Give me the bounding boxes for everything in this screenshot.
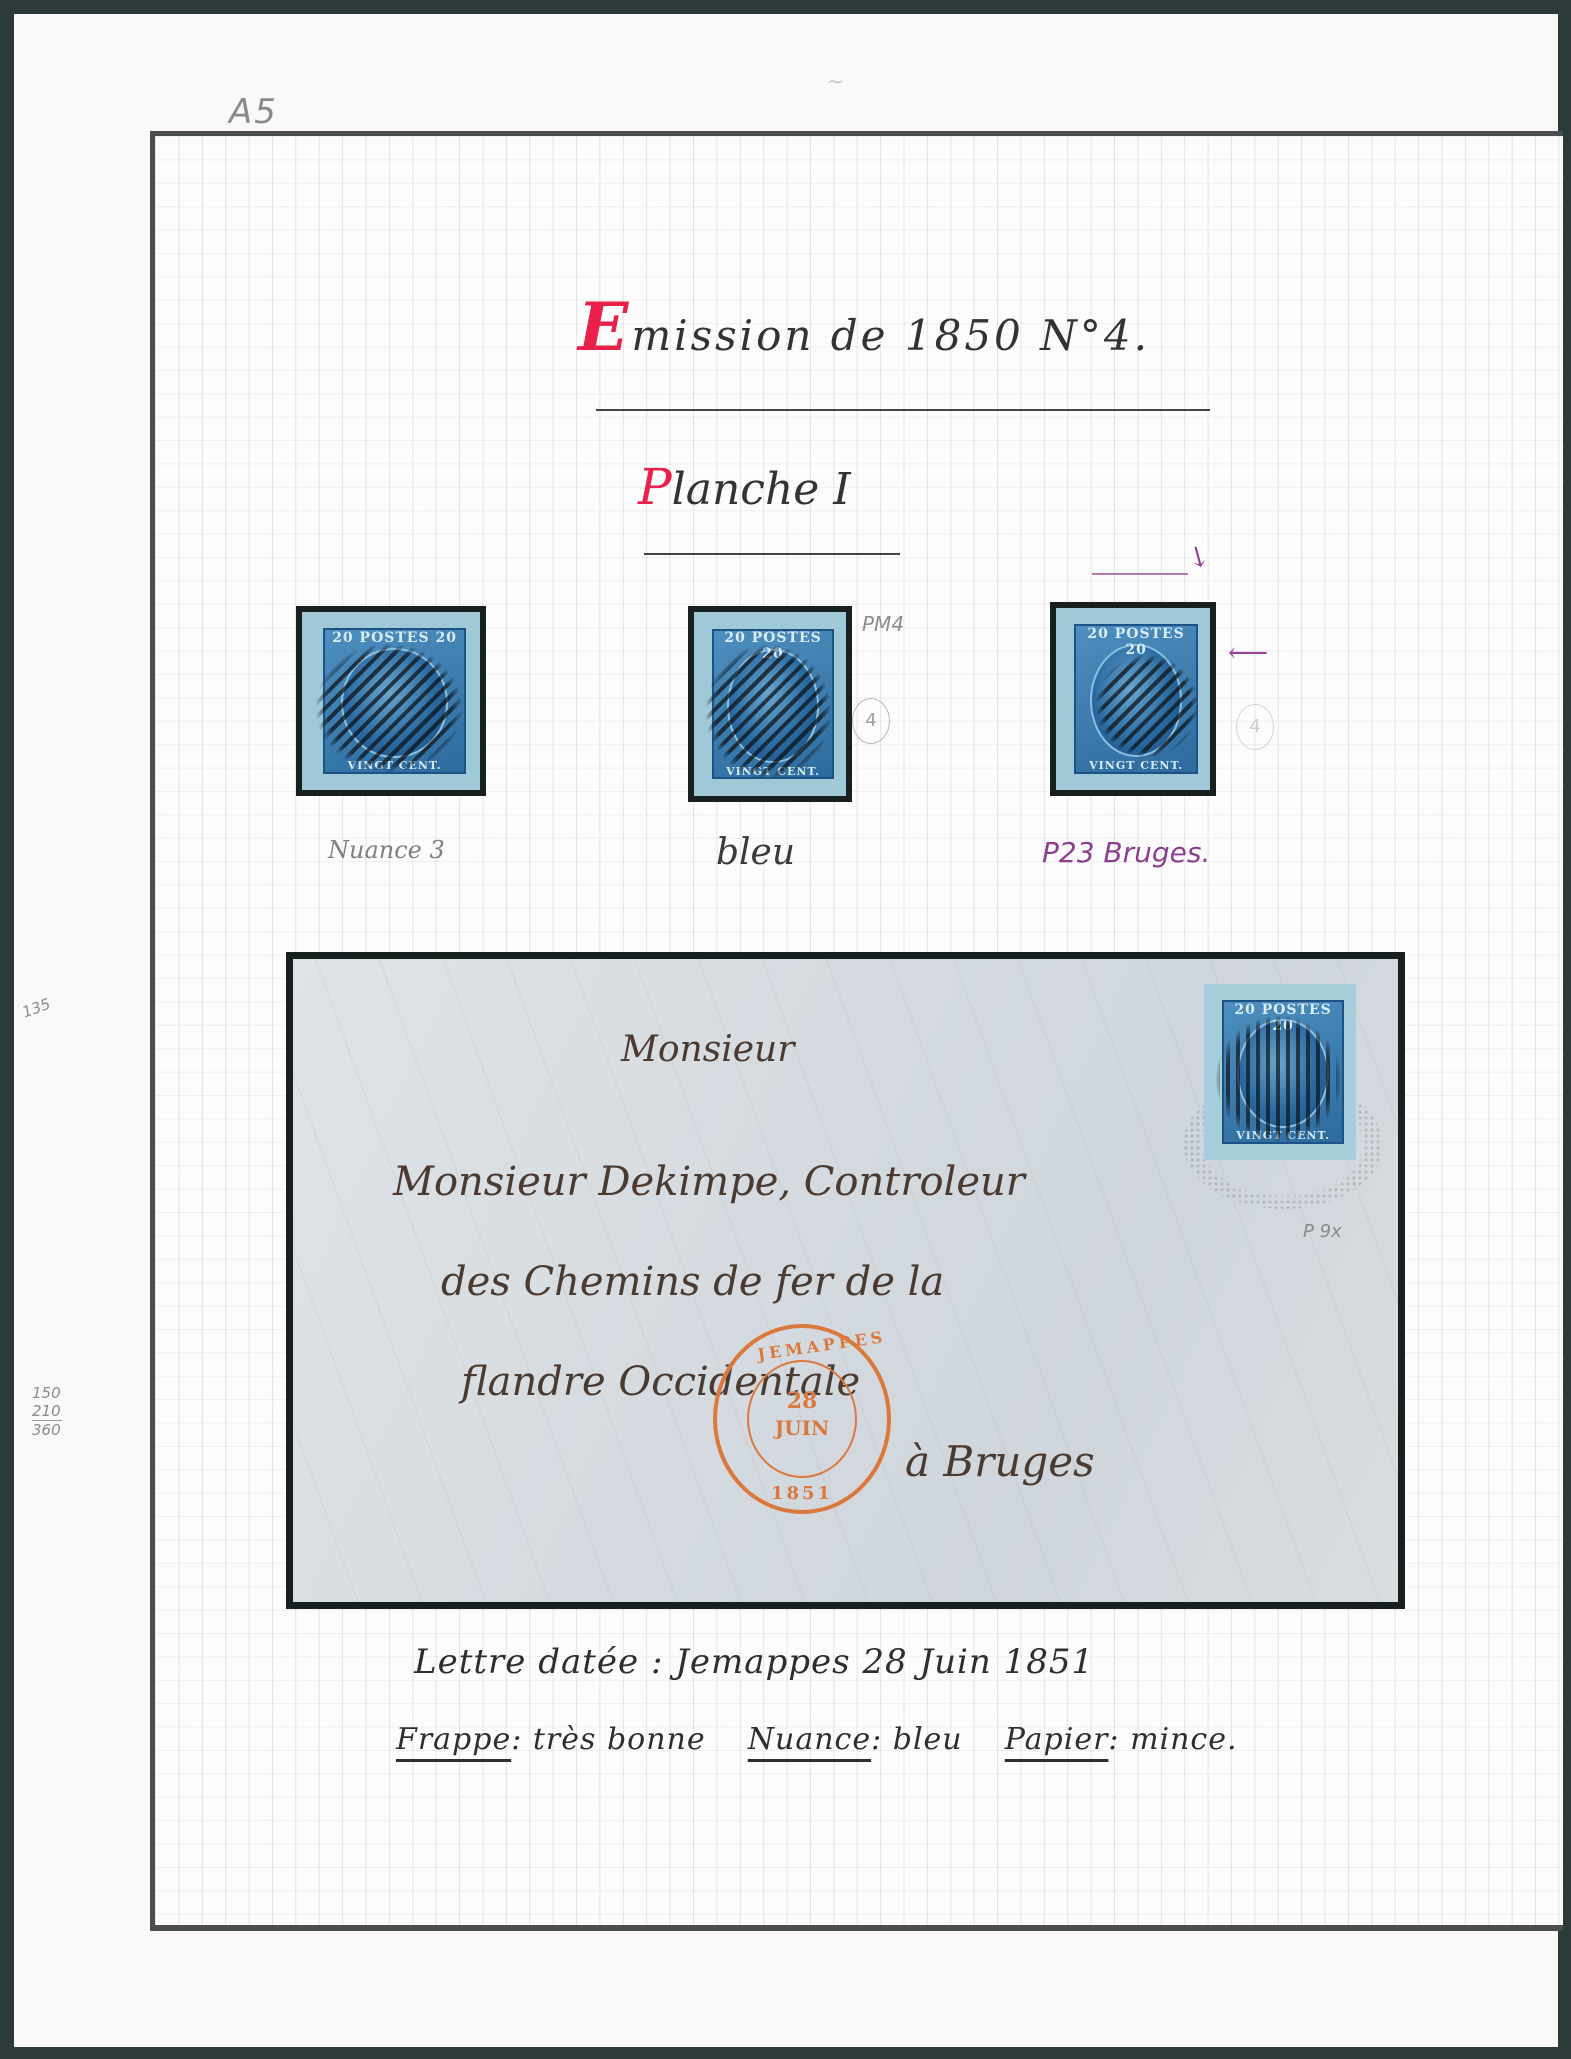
cover-pencil-note: P 9x (1303, 1221, 1342, 1242)
cover-stamp: 20 POSTES 20 VINGT CENT. (1204, 984, 1356, 1160)
stamp-4: 20 POSTES 20 VINGT CENT. (1204, 984, 1356, 1160)
papier-value: : mince. (1108, 1722, 1237, 1757)
stamp-1-caption: Nuance 3 (328, 836, 445, 864)
arrow-left-icon: ⟵ (1228, 636, 1268, 669)
margin-total: 360 (32, 1420, 62, 1439)
nuance-label: Nuance (748, 1722, 871, 1757)
nuance-value: : bleu (871, 1722, 963, 1757)
title-underline (596, 409, 1210, 411)
stamp-top-label: 20 POSTES 20 (1074, 626, 1197, 658)
stamp-cancel (316, 644, 462, 772)
postmark-day: 28 (717, 1388, 887, 1414)
margin-value: 210 (32, 1402, 62, 1420)
papier-label: Papier (1005, 1722, 1109, 1757)
margin-value: 150 (32, 1384, 62, 1402)
postmark-town: JEMAPPES (756, 1327, 887, 1364)
description-line-1: Lettre datée : Jemappes 28 Juin 1851 (414, 1642, 1094, 1682)
frappe-label: Frappe (396, 1722, 511, 1757)
title-text: mission de 1850 N°4. (631, 311, 1150, 360)
margin-note-upper: 135 (20, 995, 53, 1022)
stamp-cancel (1096, 655, 1198, 757)
stamp-3-caption: P23 Bruges. (1042, 836, 1210, 869)
postmark-year: 1851 (717, 1483, 887, 1504)
stamp-2-caption: bleu (716, 832, 795, 873)
address-line-3: des Chemins de fer de la (441, 1259, 944, 1305)
cover-mount: Monsieur Monsieur Dekimpe, Controleur de… (286, 952, 1405, 1609)
postmark: JEMAPPES 28 JUIN 1851 (713, 1324, 891, 1514)
stamp-mount-2: 20 POSTES 20 VINGT CENT. (688, 606, 852, 802)
stamp-3-circle-note: 4 (1236, 704, 1274, 750)
address-line-2: Monsieur Dekimpe, Controleur (393, 1159, 1025, 1205)
corner-pencil-note: A5 (229, 92, 278, 132)
stamp-1: 20 POSTES 20 VINGT CENT. (302, 612, 480, 790)
stamp-bottom-label: VINGT CENT. (1074, 759, 1197, 772)
stamp-cancel (706, 645, 831, 777)
title-initial: E (578, 288, 631, 366)
description-line-2: Frappe: très bonne Nuance: bleu Papier: … (396, 1722, 1238, 1757)
stamp-mount-1: 20 POSTES 20 VINGT CENT. (296, 606, 486, 796)
subtitle-underline (644, 553, 900, 555)
address-line-1: Monsieur (621, 1029, 794, 1070)
stamp-2-plate-note: PM4 (862, 612, 904, 636)
stamp-mount-3: 20 POSTES 20 VINGT CENT. (1050, 602, 1216, 796)
subtitle-text: lanche I (672, 464, 851, 515)
page-subtitle: Planche I (638, 458, 851, 516)
squiggle-mark: ~ (826, 70, 844, 95)
stamp-2-circle-note: 4 (852, 698, 890, 744)
arrow-line (1092, 573, 1188, 575)
margin-note-lower: 150 210 360 (32, 1384, 62, 1439)
address-line-5: à Bruges (905, 1437, 1095, 1486)
postal-cover: Monsieur Monsieur Dekimpe, Controleur de… (293, 959, 1398, 1602)
page-title: Emission de 1850 N°4. (578, 288, 1150, 366)
stamp-2: 20 POSTES 20 VINGT CENT. (694, 612, 846, 796)
stamp-3: 20 POSTES 20 VINGT CENT. (1056, 608, 1210, 790)
postmark-month: JUIN (717, 1416, 887, 1440)
frappe-value: : très bonne (511, 1722, 705, 1757)
stamp-cancel (1216, 1016, 1341, 1143)
subtitle-initial: P (638, 458, 672, 516)
